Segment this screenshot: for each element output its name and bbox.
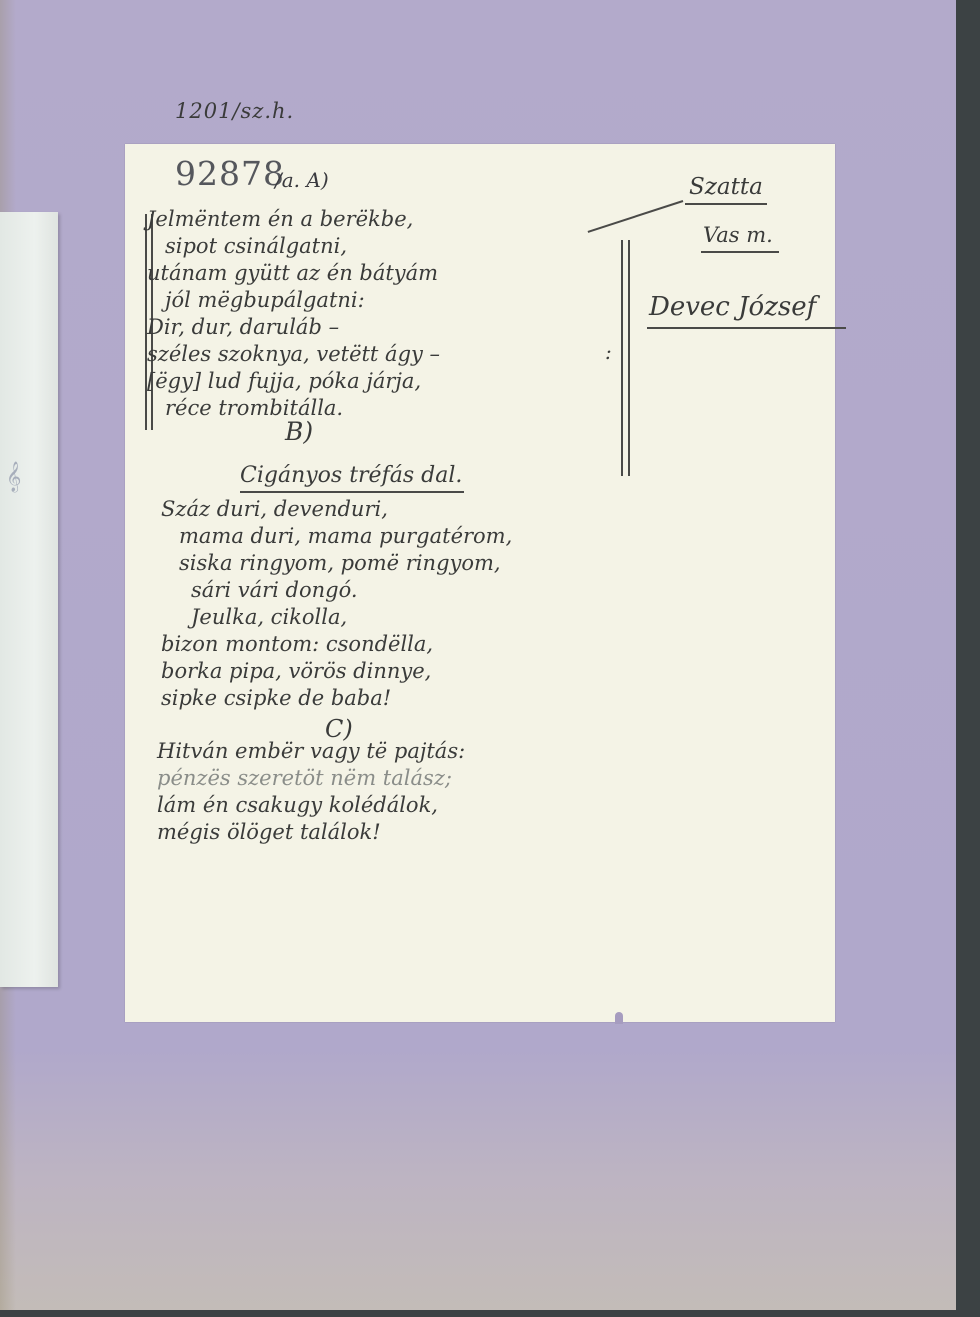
verse-line: mama duri, mama purgatérom, [161, 523, 512, 550]
verse-line: utánam gyütt az én bátyám [147, 260, 440, 287]
verse-line: Hitván embër vagy të pajtás: [157, 738, 465, 765]
repeat-bracket-right [621, 240, 630, 476]
verse-line: Száz duri, devenduri, [161, 496, 512, 523]
verse-line: lám én csakugy kolédálok, [157, 792, 465, 819]
verse-line: Jeulka, cikolla, [161, 604, 512, 631]
verse-line: mégis ölöget találok! [157, 819, 465, 846]
archive-stamp-number: 92878 [175, 154, 285, 193]
verse-line: Dir, dur, daruláb – [147, 314, 440, 341]
manuscript-sheet: 92878 /a. A) Jelmëntem én a berëkbe, sip… [125, 144, 835, 1022]
verse-line: jól mëgbupálgatni: [147, 287, 440, 314]
verse-line: pénzës szeretöt nëm talász; [157, 765, 465, 792]
verse-line: sipke csipke de baba! [161, 685, 512, 712]
verse-line: Jelmëntem én a berëkbe, [147, 206, 440, 233]
verse-line: siska ringyom, pomë ringyom, [161, 550, 512, 577]
side-paper-strip: 𝄞 [0, 212, 58, 987]
verse-line: széles szoknya, vetëtt ágy – [147, 341, 440, 368]
verse-line: bizon montom: csondëlla, [161, 631, 512, 658]
mounting-board: 𝄞 1201/sz.h. 92878 /a. A) Jelmëntem én a… [0, 0, 956, 1310]
section-a-verse: Jelmëntem én a berëkbe, sipot csinálgatn… [147, 206, 440, 422]
verse-line: borka pipa, vörös dinnye, [161, 658, 512, 685]
singer-name: Devec József [647, 294, 846, 329]
stamp-suffix: /a. A) [275, 168, 329, 192]
section-b-title: Cigányos tréfás dal. [240, 462, 464, 493]
section-b-label: B) [285, 418, 313, 445]
place-name: Szatta [685, 174, 767, 205]
verse-line: [ëgy] lud fujja, póka járja, [147, 368, 440, 395]
section-b-verse: Száz duri, devenduri, mama duri, mama pu… [161, 496, 512, 712]
repeat-mark: : [605, 339, 612, 366]
county-name: Vas m. [701, 222, 779, 253]
verse-line: sipot csinálgatni, [147, 233, 440, 260]
verse-line: sári vári dongó. [161, 577, 512, 604]
treble-clef-icon: 𝄞 [6, 462, 21, 493]
section-c-verse: Hitván embër vagy të pajtás: pénzës szer… [157, 738, 465, 846]
flourish-stroke [588, 200, 684, 233]
inventory-mark: 1201/sz.h. [175, 98, 294, 125]
paper-tear [615, 1012, 623, 1024]
